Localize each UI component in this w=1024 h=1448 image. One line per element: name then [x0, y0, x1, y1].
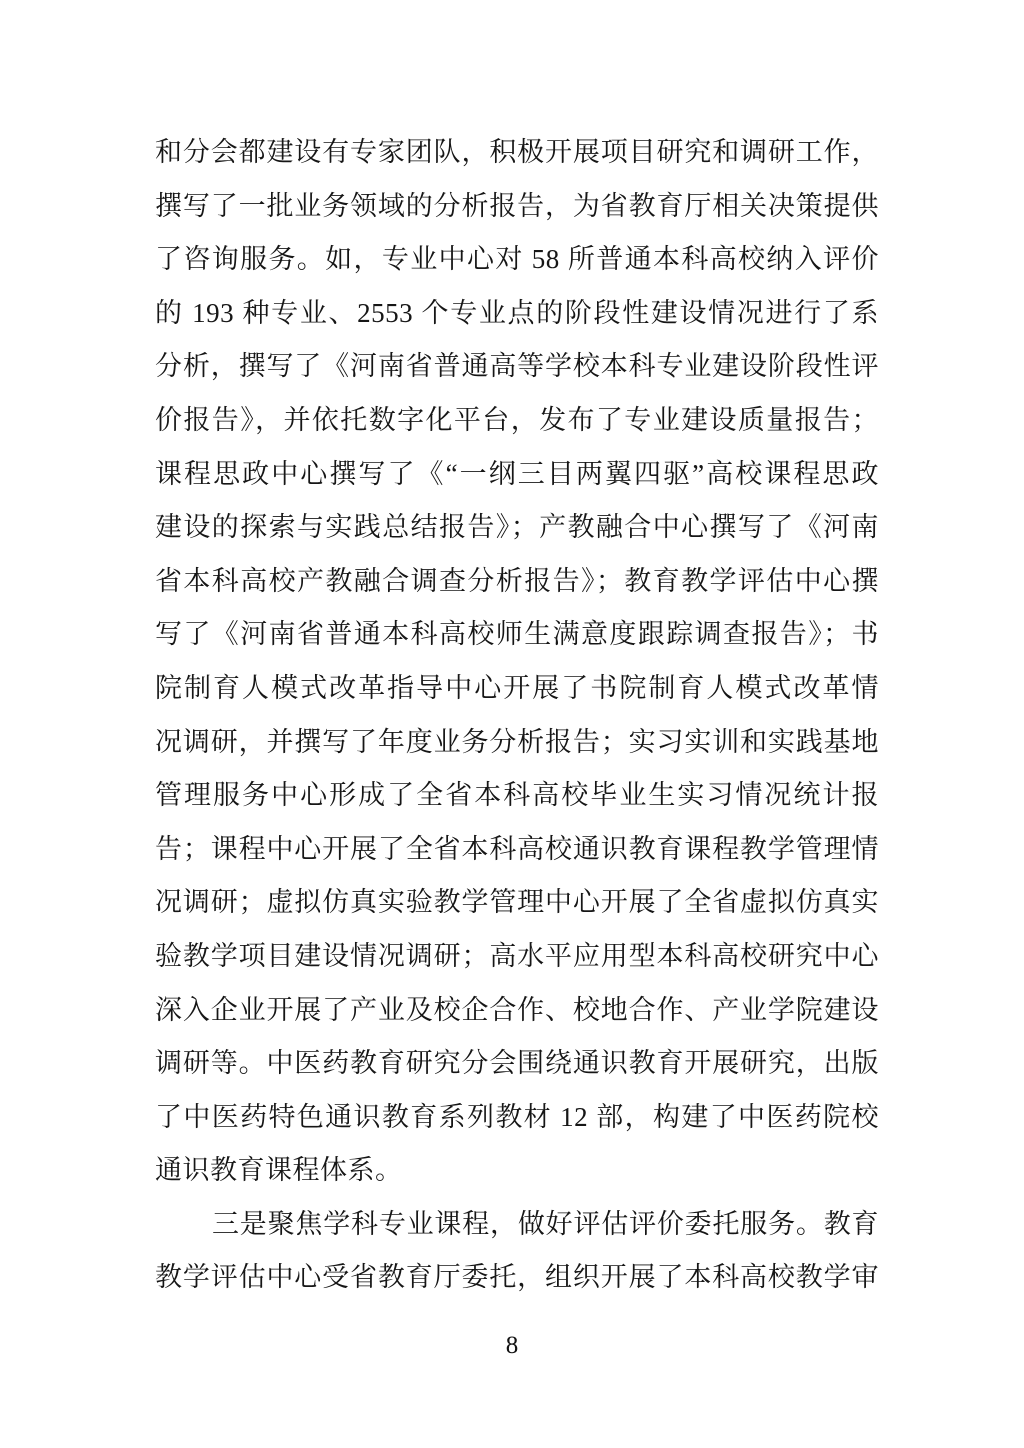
- text-line: 了咨询服务。如，专业中心对 58 所普通本科高校纳入评价: [155, 233, 879, 287]
- text-line: 三是聚焦学科专业课程，做好评估评价委托服务。教育: [155, 1198, 879, 1252]
- text-line: 了中医药特色通识教育系列教材 12 部，构建了中医药院校: [155, 1091, 879, 1145]
- text-line: 省本科高校产教融合调查分析报告》；教育教学评估中心撰: [155, 555, 879, 609]
- text-line: 验教学项目建设情况调研；高水平应用型本科高校研究中心: [155, 930, 879, 984]
- text-line: 撰写了一批业务领域的分析报告，为省教育厅相关决策提供: [155, 180, 879, 234]
- text-line: 教学评估中心受省教育厅委托，组织开展了本科高校教学审: [155, 1251, 879, 1305]
- text-line: 价报告》，并依托数字化平台，发布了专业建设质量报告；: [155, 394, 879, 448]
- text-line: 告；课程中心开展了全省本科高校通识教育课程教学管理情: [155, 823, 879, 877]
- text-line: 课程思政中心撰写了《“一纲三目两翼四驱”高校课程思政: [155, 448, 879, 502]
- text-line: 和分会都建设有专家团队，积极开展项目研究和调研工作，: [155, 126, 879, 180]
- document-body: 和分会都建设有专家团队，积极开展项目研究和调研工作， 撰写了一批业务领域的分析报…: [155, 126, 879, 1305]
- text-line: 管理服务中心形成了全省本科高校毕业生实习情况统计报: [155, 769, 879, 823]
- text-line: 院制育人模式改革指导中心开展了书院制育人模式改革情: [155, 662, 879, 716]
- text-line: 况调研，并撰写了年度业务分析报告；实习实训和实践基地: [155, 716, 879, 770]
- text-line: 调研等。中医药教育研究分会围绕通识教育开展研究，出版: [155, 1037, 879, 1091]
- document-page: 和分会都建设有专家团队，积极开展项目研究和调研工作， 撰写了一批业务领域的分析报…: [0, 0, 1024, 1448]
- text-line: 况调研；虚拟仿真实验教学管理中心开展了全省虚拟仿真实: [155, 876, 879, 930]
- text-line: 写了《河南省普通本科高校师生满意度跟踪调查报告》；书: [155, 608, 879, 662]
- text-line: 的 193 种专业、2553 个专业点的阶段性建设情况进行了系统: [155, 287, 879, 341]
- text-line: 建设的探索与实践总结报告》；产教融合中心撰写了《河南: [155, 501, 879, 555]
- text-line: 深入企业开展了产业及校企合作、校地合作、产业学院建设: [155, 984, 879, 1038]
- text-line: 分析，撰写了《河南省普通高等学校本科专业建设阶段性评: [155, 340, 879, 394]
- page-number: 8: [0, 1332, 1024, 1360]
- text-line: 通识教育课程体系。: [155, 1144, 879, 1198]
